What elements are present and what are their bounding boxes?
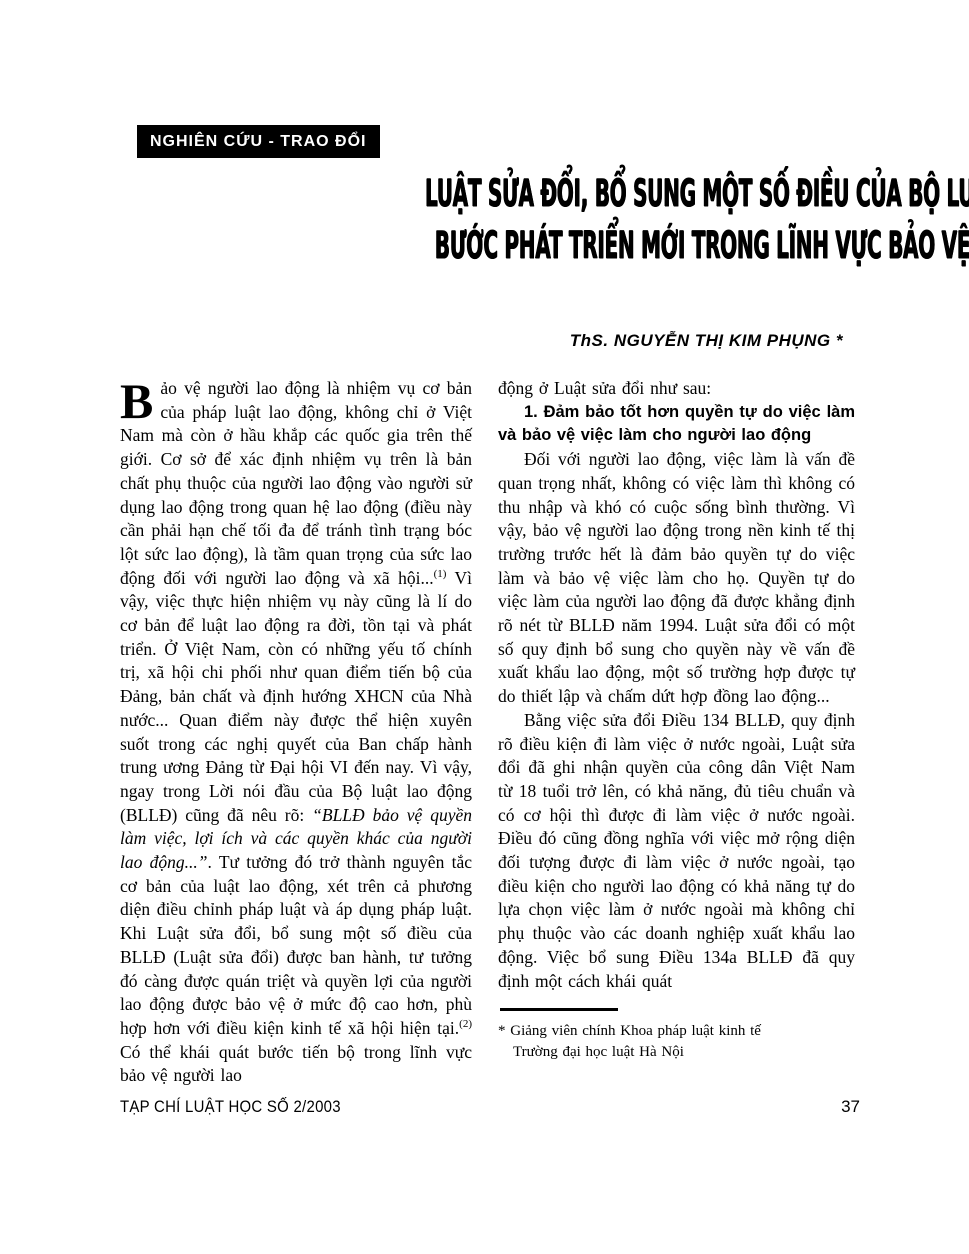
dropcap: B — [120, 380, 153, 422]
footnote-ref-1: (1) — [434, 568, 447, 580]
continuation-paragraph: động ở Luật sửa đổi như sau: — [498, 377, 855, 401]
body-paragraph: Bằng việc sửa đổi Điều 134 BLLĐ, quy địn… — [498, 709, 855, 993]
body-paragraph: Đối với người lao động, việc làm là vấn … — [498, 448, 855, 709]
left-column-paragraph: Bảo vệ người lao động là nhiệm vụ cơ bản… — [120, 377, 472, 1088]
body-text-segment: ảo vệ người lao động là nhiệm vụ cơ bản … — [120, 378, 472, 588]
left-column: Bảo vệ người lao động là nhiệm vụ cơ bản… — [120, 377, 472, 1088]
article-title: LUẬT SỬA ĐỔI, BỔ SUNG MỘT SỐ ĐIỀU CỦA BỘ… — [120, 168, 855, 272]
body-text-segment: Có thể khái quát bước tiến bộ trong lĩnh… — [120, 1042, 472, 1086]
section-label: NGHIÊN CỨU - TRAO ĐỔI — [137, 125, 380, 158]
journal-title: TẠP CHÍ LUẬT HỌC SỐ 2/2003 — [120, 1097, 341, 1117]
footnote-line-1: * Giảng viên chính Khoa pháp luật kinh t… — [498, 1021, 855, 1042]
author-byline: ThS. NGUYỄN THỊ KIM PHỤNG * — [120, 331, 855, 351]
footnote-ref-2: (2) — [459, 1018, 472, 1030]
page-footer: TẠP CHÍ LUẬT HỌC SỐ 2/2003 37 — [120, 1097, 860, 1117]
article-title-line-2: BƯỚC PHÁT TRIỂN MỚI TRONG LĨNH VỰC BẢO V… — [120, 220, 855, 272]
article-title-line-2-text: BƯỚC PHÁT TRIỂN MỚI TRONG LĨNH VỰC BẢO V… — [435, 220, 969, 272]
journal-page: NGHIÊN CỨU - TRAO ĐỔI LUẬT SỬA ĐỔI, BỔ S… — [0, 0, 969, 1254]
body-text-segment: Vì vậy, việc thực hiện nhiệm vụ này cũng… — [120, 568, 472, 825]
article-title-line-1-text: LUẬT SỬA ĐỔI, BỔ SUNG MỘT SỐ ĐIỀU CỦA BỘ… — [425, 168, 969, 220]
footnote-divider — [500, 1008, 618, 1011]
footnote-line-2: Trường đại học luật Hà Nội — [498, 1042, 855, 1063]
section-heading-1: 1. Đảm bảo tốt hơn quyền tự do việc làm … — [498, 401, 855, 448]
body-text-segment: . Tư tưởng đó trở thành nguyên tắc cơ bả… — [120, 852, 472, 1038]
right-column: động ở Luật sửa đổi như sau: 1. Đảm bảo … — [498, 377, 855, 1063]
article-title-line-1: LUẬT SỬA ĐỔI, BỔ SUNG MỘT SỐ ĐIỀU CỦA BỘ… — [120, 168, 855, 220]
footnote-block: * Giảng viên chính Khoa pháp luật kinh t… — [498, 1021, 855, 1063]
page-number: 37 — [841, 1097, 860, 1117]
